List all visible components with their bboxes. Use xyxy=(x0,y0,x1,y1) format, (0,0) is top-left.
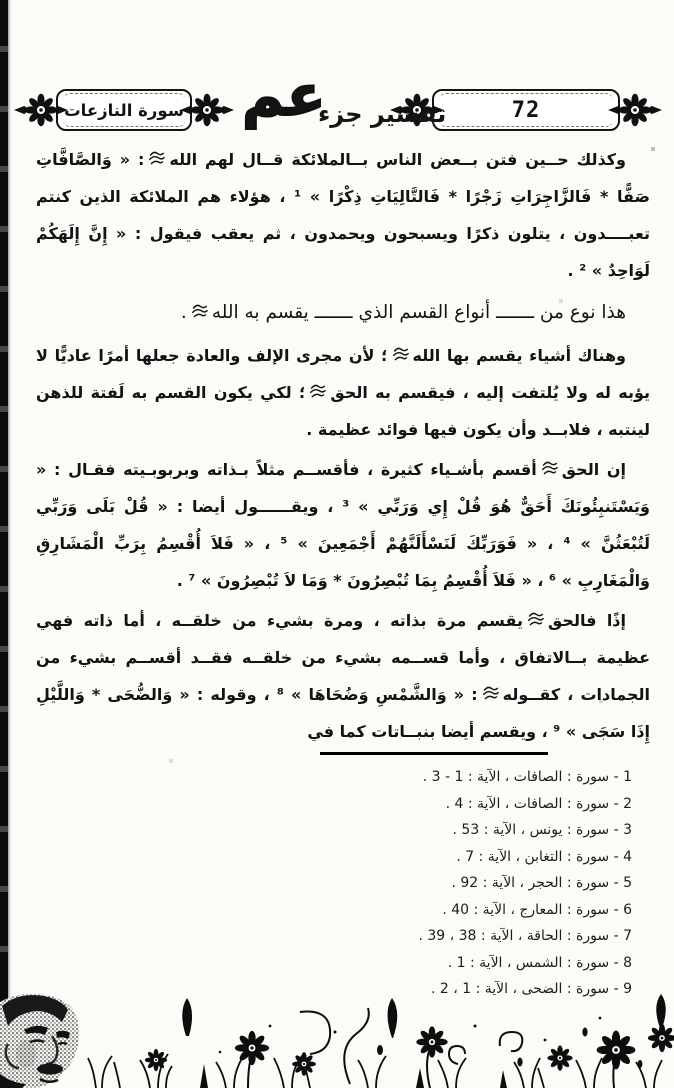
decorative-floral-footer xyxy=(0,992,674,1088)
paragraph-5: إذًا فالحقيقسم مرة بذاته ، ومرة بشيء من … xyxy=(36,602,650,750)
footnote-5: 5 - سورة : الحجر ، الآية : 92 . xyxy=(302,870,632,897)
rosette-ornament-icon xyxy=(607,92,663,128)
binding-shadow xyxy=(8,0,11,1088)
azza-wa-jall-icon xyxy=(391,346,410,363)
footnotes: 1 - سورة : الصافات ، الآية : 1 - 3 . 2 -… xyxy=(302,764,632,1003)
azza-wa-jall-icon xyxy=(190,303,209,320)
footnote-8: 8 - سورة : الشمس ، الآية : 1 . xyxy=(302,950,632,977)
footnote-2: 2 - سورة : الصافات ، الآية : 4 . xyxy=(302,791,632,818)
author-portrait-sketch xyxy=(0,994,79,1088)
azza-wa-jall-icon xyxy=(481,685,500,702)
book-title: تفسير جزء xyxy=(318,100,446,128)
surah-name-box: سورة النازعات xyxy=(22,88,226,132)
footnote-6: 6 - سورة : المعارج ، الآية : 40 . xyxy=(302,897,632,924)
text-run: وهناك أشياء يقسم بها الله xyxy=(413,346,627,365)
footnote-separator-rule xyxy=(320,752,548,755)
text-run: إن الحق xyxy=(562,460,626,479)
scan-noise-specks xyxy=(0,0,2,2)
tafsir-body-text: وكذلك حــين فتن بــعض الناس بــالملائكة … xyxy=(36,141,650,753)
page-number: 72 xyxy=(512,98,541,123)
text-run: أقسم بأشـياء كثيرة ، فأقســم مثلاً بـذات… xyxy=(36,460,650,590)
paragraph-2-calligraphic: هذا نوع من ـــــــ أنواع القسم الذي ــــ… xyxy=(36,292,650,334)
book-title-emblem: عم xyxy=(242,63,326,129)
azza-wa-jall-icon xyxy=(526,611,545,628)
paragraph-4: إن الحقأقسم بأشـياء كثيرة ، فأقســم مثلا… xyxy=(36,451,650,599)
azza-wa-jall-icon xyxy=(147,150,166,167)
footnote-1: 1 - سورة : الصافات ، الآية : 1 - 3 . xyxy=(302,764,632,791)
rosette-ornament-icon xyxy=(179,92,235,128)
text-run: وكذلك حــين فتن بــعض الناس بــالملائكة … xyxy=(169,150,626,169)
text-run: . xyxy=(181,302,187,323)
footnote-3: 3 - سورة : يونس ، الآية : 53 . xyxy=(302,817,632,844)
paragraph-1: وكذلك حــين فتن بــعض الناس بــالملائكة … xyxy=(36,141,650,289)
footnote-7: 7 - سورة : الحاقة ، الآية : 38 ، 39 . xyxy=(302,923,632,950)
text-run: هذا نوع من ـــــــ أنواع القسم الذي ــــ… xyxy=(212,302,626,323)
rosette-ornament-icon xyxy=(13,92,69,128)
floral-silhouettes xyxy=(88,994,674,1088)
surah-name: سورة النازعات xyxy=(64,101,184,120)
paragraph-3: وهناك أشياء يقسم بها الله؛ لأن مجرى الإل… xyxy=(36,337,650,448)
footnote-4: 4 - سورة : التغابن ، الآية : 7 . xyxy=(302,844,632,871)
text-run: إذًا فالحق xyxy=(548,611,626,630)
azza-wa-jall-icon xyxy=(308,383,327,400)
page-binding-edge xyxy=(0,0,8,1088)
text-run: : « وَالصَّافَّاتِ صَفًّا * فَالزَّاجِرَ… xyxy=(36,150,650,280)
azza-wa-jall-icon xyxy=(540,460,559,477)
